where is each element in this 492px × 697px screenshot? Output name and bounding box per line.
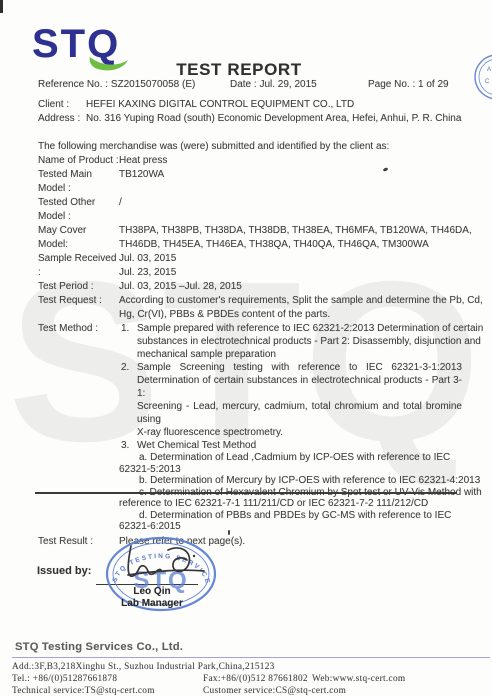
reference-number: Reference No. : SZ2015070058 (E) xyxy=(38,79,195,90)
main-model-label: Tested Main Model : xyxy=(38,168,119,196)
test-request-label: Test Request : xyxy=(38,294,119,322)
cover-model-row: May Cover Model: TH38PA, TH38PB, TH38DA,… xyxy=(38,224,462,252)
footer-technical-service: Technical service:TS@stq-cert.com xyxy=(12,685,155,697)
address-value: No. 316 Yuping Road (south) Economic Dev… xyxy=(86,112,462,126)
sub-item-c-line2: reference to IEC 62321-7-1 111/211/CD or… xyxy=(119,498,462,510)
sub-item-a-line2: 62321-5:2013 xyxy=(119,464,462,476)
sample-received-row: Sample Received : Jul. 03, 2015 Jul. 23,… xyxy=(38,252,462,280)
footer-customer-service: Customer service:CS@stq-cert.com xyxy=(203,685,346,697)
report-body: Client : HEFEI KAXING DIGITAL CONTROL EQ… xyxy=(38,98,462,549)
svg-text:C: C xyxy=(485,79,490,85)
test-report-page: STQ STQ A C TEST REPORT Reference No. : … xyxy=(0,0,492,697)
product-name-label: Name of Product : xyxy=(38,154,119,168)
product-name-row: Name of Product : Heat press xyxy=(38,154,462,168)
footer-contact-info: Add.:3F,B3,218Xinghu St., Suzhou Industr… xyxy=(12,661,486,697)
method-item-1-line1: Sample prepared with reference to IEC 62… xyxy=(137,322,462,335)
product-name-value: Heat press xyxy=(119,154,462,168)
intro-sentence: The following merchandise was (were) sub… xyxy=(38,140,462,154)
footer-tel: Tel.: +86/(0)51287661878 xyxy=(12,673,117,685)
test-period-value: Jul. 03, 2015 –Jul. 28, 2015 xyxy=(119,280,462,294)
method-item-1-line2: substances in electrotechnical products … xyxy=(137,335,462,348)
issued-by-label: Issued by: xyxy=(37,565,91,577)
other-model-label: Tested Other Model : xyxy=(38,196,119,224)
method-item-3: 3. Wet Chemical Test Method xyxy=(119,439,462,452)
cover-model-value-line2: TH46DB, TH45EA, TH46EA, TH38QA, TH40QA, … xyxy=(119,238,462,252)
method-item-1: 1. Sample prepared with reference to IEC… xyxy=(119,322,462,361)
cover-model-value-line1: TH38PA, TH38PB, TH38DA, TH38DB, TH38EA, … xyxy=(119,224,462,238)
main-model-row: Tested Main Model : TB120WA xyxy=(38,168,462,196)
section-divider xyxy=(35,492,457,494)
report-title: TEST REPORT xyxy=(0,60,478,80)
sub-item-a-line1: a. Determination of Lead ,Cadmium by ICP… xyxy=(119,452,462,464)
method-item-2-number: 2. xyxy=(121,361,129,374)
footer-web: Web:www.stq-cert.com xyxy=(312,673,405,685)
test-request-row: Test Request : According to customer's r… xyxy=(38,294,462,322)
other-model-row: Tested Other Model : / xyxy=(38,196,462,224)
test-request-line1: According to customer's requirements, Sp… xyxy=(119,294,462,308)
signer-title: Lab Manager xyxy=(96,598,208,610)
svg-text:A: A xyxy=(487,67,491,73)
address-row: Address : No. 316 Yuping Road (south) Ec… xyxy=(38,112,462,126)
sub-item-d-line1: d. Determination of PBBs and PBDEs by GC… xyxy=(119,510,462,522)
method-item-2-line1: Sample Screening testing with reference … xyxy=(137,361,462,374)
method-item-3-number: 3. xyxy=(121,439,129,452)
sample-received-label: Sample Received : xyxy=(38,252,119,280)
footer-company-name: STQ Testing Services Co., Ltd. xyxy=(15,641,183,653)
report-date: Date : Jul. 29, 2015 xyxy=(230,79,317,90)
footer-fax: Fax:+86/(0)512 87661802 xyxy=(203,673,308,685)
page-content: STQ A C TEST REPORT Reference No. : SZ20… xyxy=(0,0,492,697)
method-item-2-line3: Screening - Lead, mercury, cadmium, tota… xyxy=(137,400,462,426)
test-method-row: Test Method : 1. Sample prepared with re… xyxy=(38,322,462,533)
signer-block: Leo Qin Lab Manager xyxy=(96,586,208,610)
test-method-list: 1. Sample prepared with reference to IEC… xyxy=(119,322,462,533)
method-item-1-line3: mechanical sample preparation xyxy=(137,348,462,361)
footer-divider xyxy=(12,657,490,658)
client-label: Client : xyxy=(38,98,86,112)
test-period-label: Test Period : xyxy=(38,280,119,294)
sub-item-b-line1: b. Determination of Mercury by ICP-OES w… xyxy=(119,475,462,487)
test-request-line2: Hg, Cr(VI), PBBs & PBDEs content of the … xyxy=(119,308,462,322)
method-item-3-line1: Wet Chemical Test Method xyxy=(137,439,462,452)
cover-model-label: May Cover Model: xyxy=(38,224,119,252)
method-item-2-line4: X-ray fluorescence spectrometry. xyxy=(137,426,462,439)
sample-received-date2: Jul. 23, 2015 xyxy=(119,266,462,280)
test-method-label: Test Method : xyxy=(38,322,119,533)
footer-address: Add.:3F,B3,218Xinghu St., Suzhou Industr… xyxy=(12,661,275,673)
ink-speck xyxy=(228,530,230,535)
method-item-1-number: 1. xyxy=(121,322,129,335)
sample-received-date1: Jul. 03, 2015 xyxy=(119,252,462,266)
other-model-value: / xyxy=(119,196,462,210)
scan-edge-artifact xyxy=(0,0,3,13)
test-period-row: Test Period : Jul. 03, 2015 –Jul. 28, 20… xyxy=(38,280,462,294)
address-label: Address : xyxy=(38,112,86,126)
main-model-value: TB120WA xyxy=(119,168,462,182)
method-item-2-line2: Determination of certain substances in e… xyxy=(137,374,462,400)
page-number: Page No. : 1 of 29 xyxy=(368,79,449,90)
signer-name: Leo Qin xyxy=(96,586,208,598)
client-row: Client : HEFEI KAXING DIGITAL CONTROL EQ… xyxy=(38,98,462,112)
client-value: HEFEI KAXING DIGITAL CONTROL EQUIPMENT C… xyxy=(86,98,462,112)
method-item-2: 2. Sample Screening testing with referen… xyxy=(119,361,462,439)
